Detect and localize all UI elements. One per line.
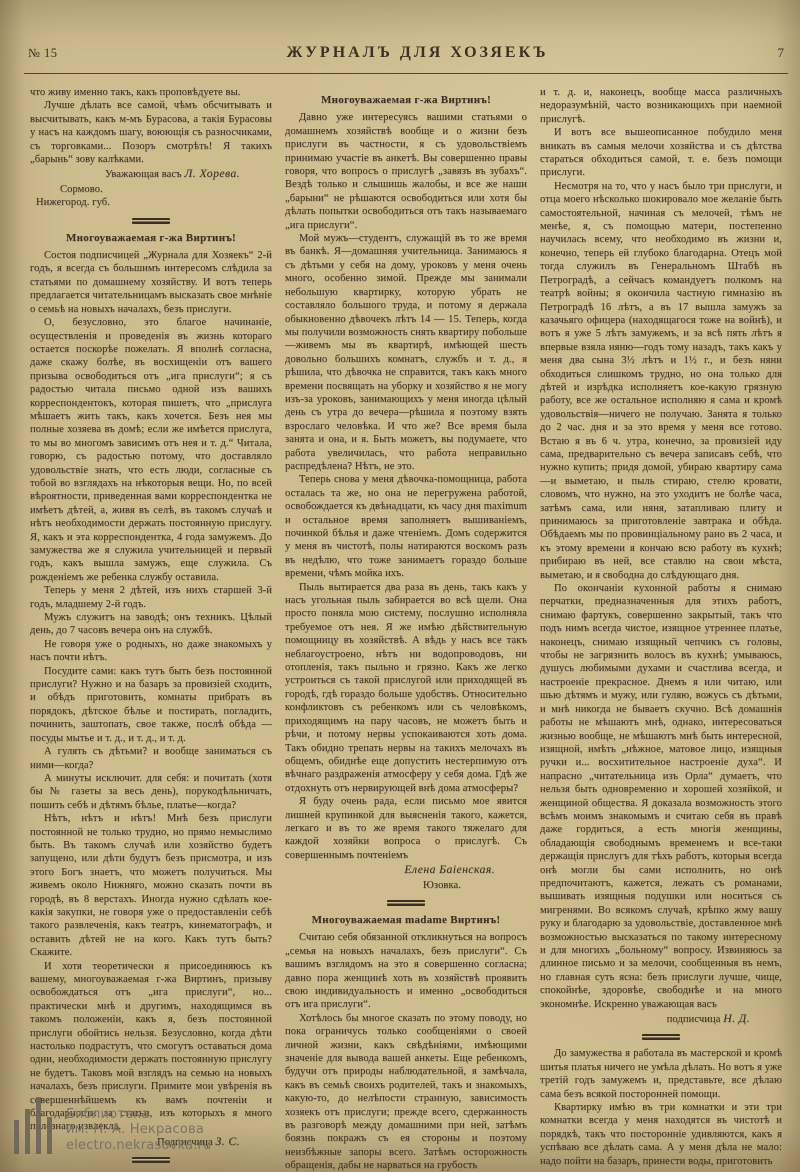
signature-name: Елена Баіенская. xyxy=(404,863,495,876)
paragraph: А гулять съ дѣтьми? и вообще заниматься … xyxy=(30,745,272,772)
paragraph: Давно уже интересуясь вашими статьями о … xyxy=(285,111,527,232)
letter-salutation: Многоуважаемая г-жа Виртинъ! xyxy=(285,94,527,107)
paragraph: А минуты исключит. для себя: и почитать … xyxy=(30,772,272,812)
letter-signature: Уважающая васъ Л. Хорева. xyxy=(30,167,272,181)
paragraph: И вотъ все вышеописанное побудило меня в… xyxy=(540,126,782,180)
journal-title: ЖУРНАЛЪ ДЛЯ ХОЗЯЕКЪ xyxy=(58,44,778,62)
magazine-page-scan: № 15 ЖУРНАЛЪ ДЛЯ ХОЗЯЕКЪ 7 что живу имен… xyxy=(0,0,800,1172)
location-line: Нижегород. губ. xyxy=(30,196,272,209)
location-line: Юзовка. xyxy=(285,879,527,892)
paragraph: Мой мужъ—студентъ, служащій въ то же вре… xyxy=(285,232,527,473)
signature-name: З. С. xyxy=(216,1135,240,1148)
signature-prefix: Уважающая васъ xyxy=(105,169,182,180)
column-3: и т. д. и, наконецъ, вообще масса различ… xyxy=(540,86,782,1172)
page-number: 7 xyxy=(778,45,785,61)
paragraph: По окончаніи кухонной работы я снимаю пе… xyxy=(540,582,782,1011)
paragraph: Состоя подписчицей „Журнала для Хозяекъ“… xyxy=(30,249,272,316)
letter-signature: Елена Баіенская. xyxy=(285,863,527,877)
signature-name: Л. Хорева. xyxy=(184,167,240,180)
paragraph: Не говоря уже о родныхъ, но даже знакомы… xyxy=(30,638,272,665)
header-rule xyxy=(24,73,788,74)
library-watermark-text: Библиотека им. Н. А. Некрасова electro.n… xyxy=(66,1107,211,1155)
paragraph: Считаю себя обязанной откликнуться на во… xyxy=(285,931,527,1011)
section-divider xyxy=(132,1157,170,1163)
paragraph: Теперь снова у меня дѣвочка-помощница, р… xyxy=(285,473,527,580)
paragraph: Нѣтъ, нѣтъ и нѣтъ! Мнѣ безъ прислуги пос… xyxy=(30,812,272,959)
paragraph: Несмотря на то, что у насъ было три прис… xyxy=(540,180,782,582)
paragraph: Пыль вытирается два раза въ день, такъ к… xyxy=(285,581,527,796)
letter-salutation: Многоуважаемая г-жа Виртинъ! xyxy=(30,232,272,245)
paragraph: и т. д. и, наконецъ, вообще масса различ… xyxy=(540,86,782,126)
paragraph: Хотѣлось бы многое сказать по этому пово… xyxy=(285,1012,527,1172)
paragraph: Посудите сами: какъ тутъ быть безъ посто… xyxy=(30,665,272,745)
paragraph: Теперь у меня 2 дѣтей, изъ нихъ старшей … xyxy=(30,584,272,611)
signature-prefix: подписчица xyxy=(667,1014,721,1025)
library-watermark: Библиотека им. Н. А. Некрасова electro.n… xyxy=(14,1096,211,1154)
page-header: № 15 ЖУРНАЛЪ ДЛЯ ХОЗЯЕКЪ 7 xyxy=(28,44,784,62)
column-1: что живу именно такъ, какъ проповѣдуете … xyxy=(30,86,272,1172)
letter-salutation: Многоуважаемая madame Виртинъ! xyxy=(285,914,527,927)
paragraph: Квартирку имѣю въ три комнатки и эти три… xyxy=(540,1101,782,1168)
paragraph: что живу именно такъ, какъ проповѣдуете … xyxy=(30,86,272,99)
library-name: Библиотека xyxy=(66,1107,211,1123)
letter-signature: подписчица Н. Д. xyxy=(540,1012,782,1026)
location-line: Сормово. xyxy=(30,183,272,196)
paragraph: Мужъ служитъ на заводѣ; онъ техникъ. Цѣл… xyxy=(30,611,272,638)
section-divider xyxy=(387,900,425,906)
column-2: Многоуважаемая г-жа Виртинъ! Давно уже и… xyxy=(285,86,527,1172)
paragraph: До замужества я работала въ мастерской и… xyxy=(540,1047,782,1101)
library-name-2: им. Н. А. Некрасова xyxy=(66,1122,211,1138)
text-columns: что живу именно такъ, какъ проповѣдуете … xyxy=(30,86,783,1172)
signature-name: Н. Д. xyxy=(723,1012,750,1025)
paragraph: Лучше дѣлать все самой, чѣмъ обсчитывать… xyxy=(30,99,272,166)
library-site: electro.nekrasovka.ru xyxy=(66,1138,211,1154)
section-divider xyxy=(642,1034,680,1040)
paragraph: Я буду очень рада, если письмо мое явитс… xyxy=(285,795,527,862)
issue-number: № 15 xyxy=(28,46,58,61)
paragraph: О, безусловно, это благое начинаніе, осу… xyxy=(30,316,272,584)
library-logo-icon xyxy=(14,1096,52,1154)
section-divider xyxy=(132,218,170,224)
